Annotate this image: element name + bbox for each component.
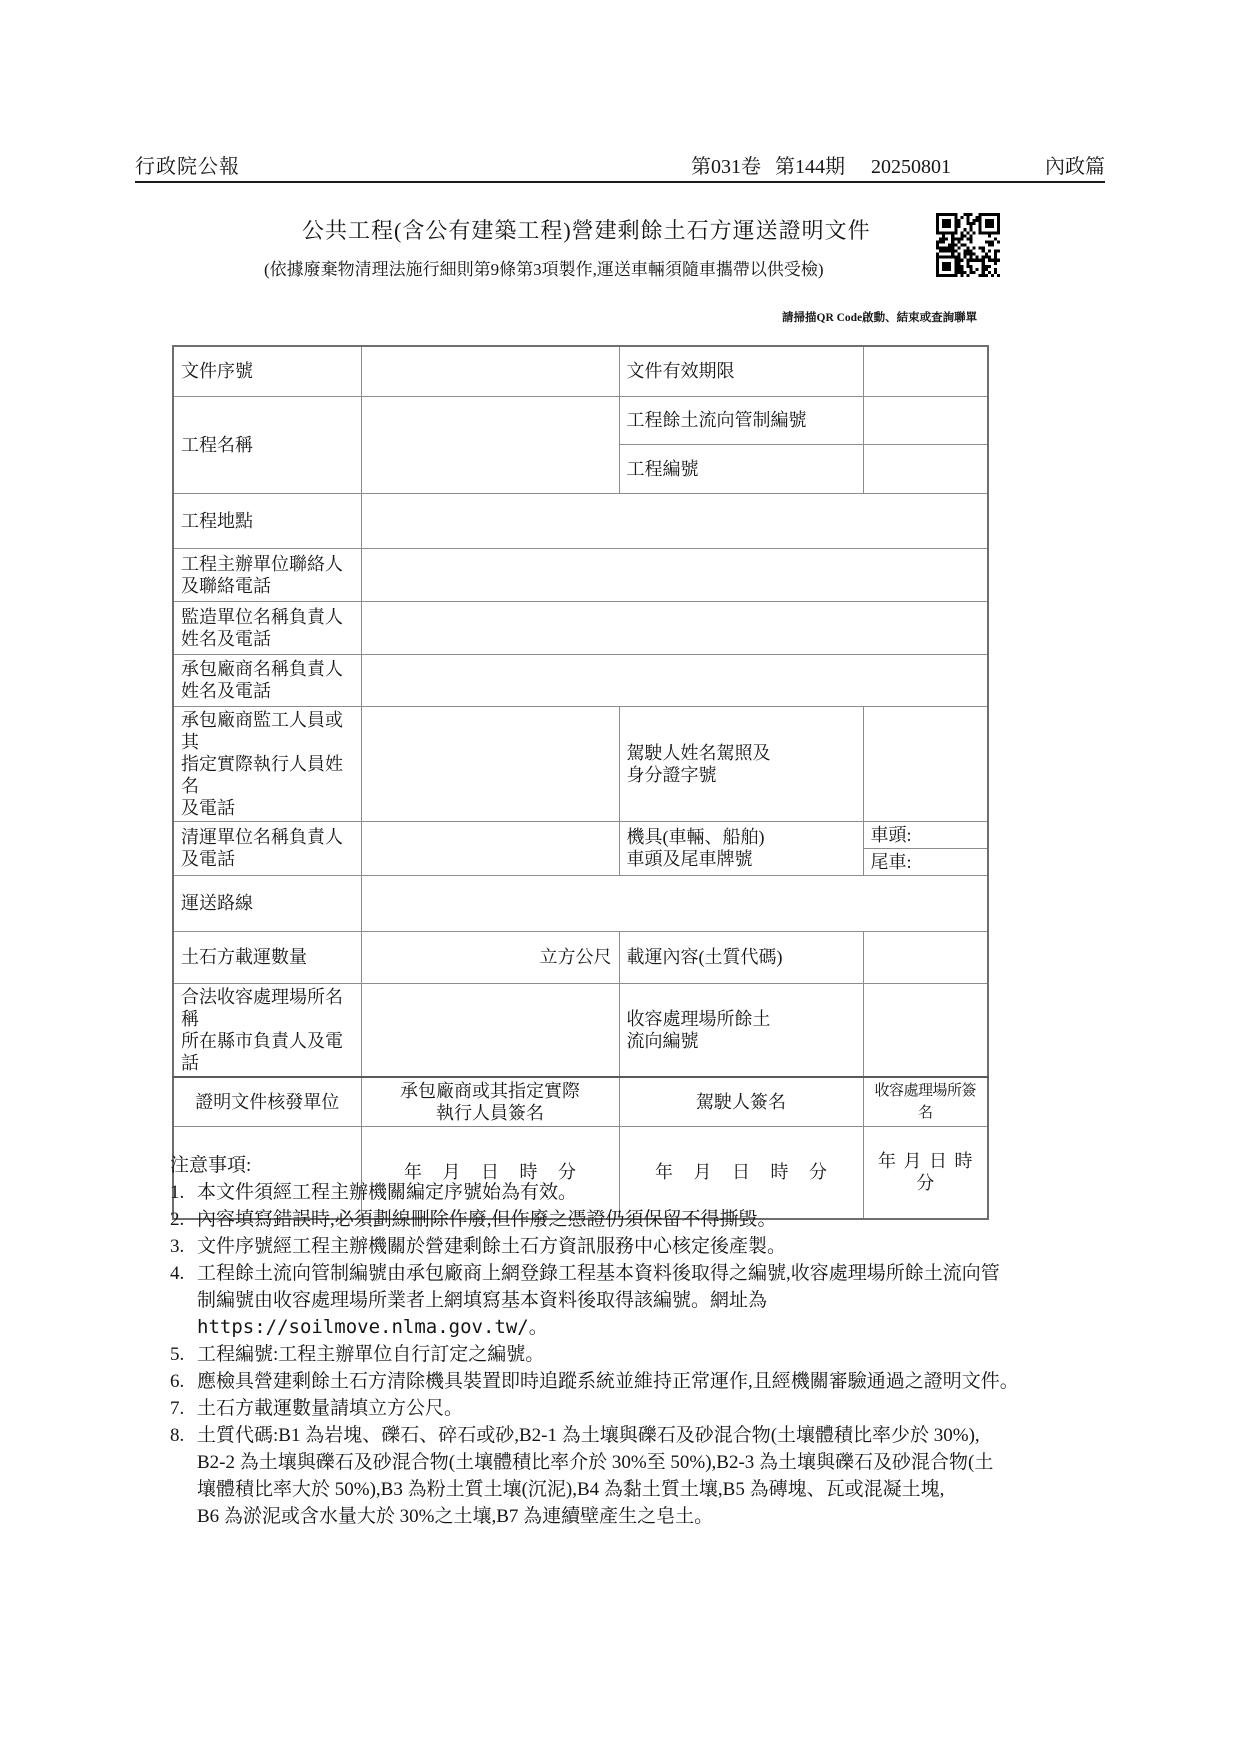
- label-driver-id: 駕駛人姓名駕照及 身分證字號: [619, 706, 863, 821]
- label-site-supervisor: 承包廠商監工人員或其 指定實際執行人員姓名 及電話: [173, 706, 361, 821]
- value-doc-expiry: [863, 346, 988, 396]
- label-agency-contact: 工程主辦單位聯絡人 及聯絡電話: [173, 548, 361, 601]
- header-rule: [135, 181, 1105, 183]
- label-vehicle: 機具(車輛、船舶) 車頭及尾車牌號: [619, 821, 863, 875]
- gazette-name: 行政院公報: [135, 150, 240, 179]
- value-project-name: [361, 396, 619, 493]
- value-disposal-flow-no: [863, 983, 988, 1077]
- label-tractor-plate: 車頭:: [863, 821, 988, 848]
- note-item-7: 7. 土石方載運數量請填立方公尺。: [170, 1395, 1115, 1422]
- note-item-6: 6. 應檢具營建剩餘土石方清除機具裝置即時追蹤系統並維持正常運作,且經機關審驗通…: [170, 1368, 1115, 1395]
- note-item-3: 3. 文件序號經工程主辦機關於營建剩餘土石方資訊服務中心核定後產製。: [170, 1233, 1115, 1260]
- gazette-meta: 第031卷 第144期 20250801 內政篇: [691, 150, 1105, 179]
- note-number: 5.: [170, 1341, 197, 1368]
- value-project-no: [863, 444, 988, 493]
- gazette-volume: 第031卷: [691, 150, 761, 179]
- note-number: 2.: [170, 1206, 197, 1233]
- sig-header-disposal: 收容處理場所簽名: [863, 1077, 988, 1127]
- note-item-8: 8. 土質代碼:B1 為岩塊、礫石、碎石或砂,B2-1 為土壤與礫石及砂混合物(…: [170, 1422, 1115, 1530]
- note-text: 土質代碼:B1 為岩塊、礫石、碎石或砂,B2-1 為土壤與礫石及砂混合物(土壤體…: [197, 1422, 1115, 1530]
- value-driver-id: [863, 706, 988, 821]
- label-hauler: 清運單位名稱負責人 及電話: [173, 821, 361, 875]
- value-site-supervisor: [361, 706, 619, 821]
- label-disposal-site: 合法收容處理場所名稱 所在縣市負責人及電話: [173, 983, 361, 1077]
- note-text: 土石方載運數量請填立方公尺。: [197, 1395, 1115, 1422]
- note-text: 工程餘土流向管制編號由承包廠商上網登錄工程基本資料後取得之編號,收容處理場所餘土…: [197, 1260, 1115, 1341]
- value-site: [361, 493, 988, 548]
- value-disposal-site: [361, 983, 619, 1077]
- label-contractor: 承包廠商名稱負責人 姓名及電話: [173, 654, 361, 706]
- note-number: 1.: [170, 1179, 197, 1206]
- note-text-part: 工程餘土流向管制編號由承包廠商上網登錄工程基本資料後取得之編號,收容處理場所餘土…: [197, 1263, 1000, 1311]
- sig-header-driver: 駕駛人簽名: [619, 1077, 863, 1127]
- value-route: [361, 875, 988, 931]
- label-cargo: 載運內容(土質代碼): [619, 931, 863, 983]
- label-route: 運送路線: [173, 875, 361, 931]
- notes-section: 注意事項: 1. 本文件須經工程主辦機關編定序號始為有效。 2. 內容填寫錯誤時…: [170, 1152, 1115, 1530]
- label-project-no: 工程編號: [619, 444, 863, 493]
- note-text: 內容填寫錯誤時,必須劃線刪除作廢,但作廢之憑證仍須保留不得撕毀。: [197, 1206, 1115, 1233]
- document-title: 公共工程(含公有建築工程)營建剩餘土石方運送證明文件: [302, 214, 871, 245]
- gazette-date: 20250801: [871, 156, 951, 179]
- soilmove-url: https://soilmove.nlma.gov.tw/: [197, 1316, 529, 1338]
- gazette-page: 行政院公報 第031卷 第144期 20250801 內政篇 公共工程(含公有建…: [0, 0, 1240, 1755]
- value-contractor: [361, 654, 988, 706]
- value-doc-serial: [361, 346, 619, 396]
- note-number: 4.: [170, 1260, 197, 1287]
- document-subtitle: (依據廢棄物清理法施行細則第9條第3項製作,運送車輛須隨車攜帶以供受檢): [264, 255, 824, 280]
- note-text: 工程編號:工程主辦單位自行訂定之編號。: [197, 1341, 1115, 1368]
- note-text-suffix: 。: [529, 1317, 548, 1338]
- value-agency-contact: [361, 548, 988, 601]
- note-item-1: 1. 本文件須經工程主辦機關編定序號始為有效。: [170, 1179, 1115, 1206]
- qr-code: [936, 213, 1000, 277]
- note-text: 本文件須經工程主辦機關編定序號始為有效。: [197, 1179, 1115, 1206]
- label-flow-control-no: 工程餘土流向管制編號: [619, 396, 863, 444]
- label-doc-expiry: 文件有效期限: [619, 346, 863, 396]
- value-supervision: [361, 601, 988, 654]
- label-trailer-plate: 尾車:: [863, 848, 988, 875]
- label-supervision: 監造單位名稱負責人 姓名及電話: [173, 601, 361, 654]
- form-table: 文件序號 文件有效期限 工程名稱 工程餘土流向管制編號 工程編號 工程地點 工程…: [172, 345, 989, 1220]
- notes-heading: 注意事項:: [170, 1152, 1115, 1179]
- gazette-section: 內政篇: [1045, 150, 1105, 179]
- label-disposal-flow-no: 收容處理場所餘土 流向編號: [619, 983, 863, 1077]
- note-item-5: 5. 工程編號:工程主辦單位自行訂定之編號。: [170, 1341, 1115, 1368]
- note-number: 8.: [170, 1422, 197, 1449]
- gazette-issue: 第144期: [775, 150, 845, 179]
- label-doc-serial: 文件序號: [173, 346, 361, 396]
- note-text: 文件序號經工程主辦機關於營建剩餘土石方資訊服務中心核定後產製。: [197, 1233, 1115, 1260]
- note-item-2: 2. 內容填寫錯誤時,必須劃線刪除作廢,但作廢之憑證仍須保留不得撕毀。: [170, 1206, 1115, 1233]
- note-text: 應檢具營建剩餘土石方清除機具裝置即時追蹤系統並維持正常運作,且經機關審驗通過之證…: [197, 1368, 1115, 1395]
- note-number: 6.: [170, 1368, 197, 1395]
- value-flow-control-no: [863, 396, 988, 444]
- quantity-unit: 立方公尺: [361, 931, 619, 983]
- qr-caption: 請掃描QR Code啟動、結束或查詢聯單: [782, 309, 977, 325]
- value-cargo: [863, 931, 988, 983]
- sig-header-issuer: 證明文件核發單位: [173, 1077, 361, 1127]
- note-item-4: 4. 工程餘土流向管制編號由承包廠商上網登錄工程基本資料後取得之編號,收容處理場…: [170, 1260, 1115, 1341]
- label-site: 工程地點: [173, 493, 361, 548]
- label-project-name: 工程名稱: [173, 396, 361, 493]
- value-hauler: [361, 821, 619, 875]
- label-quantity: 土石方載運數量: [173, 931, 361, 983]
- note-number: 7.: [170, 1395, 197, 1422]
- note-number: 3.: [170, 1233, 197, 1260]
- sig-header-contractor: 承包廠商或其指定實際 執行人員簽名: [361, 1077, 619, 1127]
